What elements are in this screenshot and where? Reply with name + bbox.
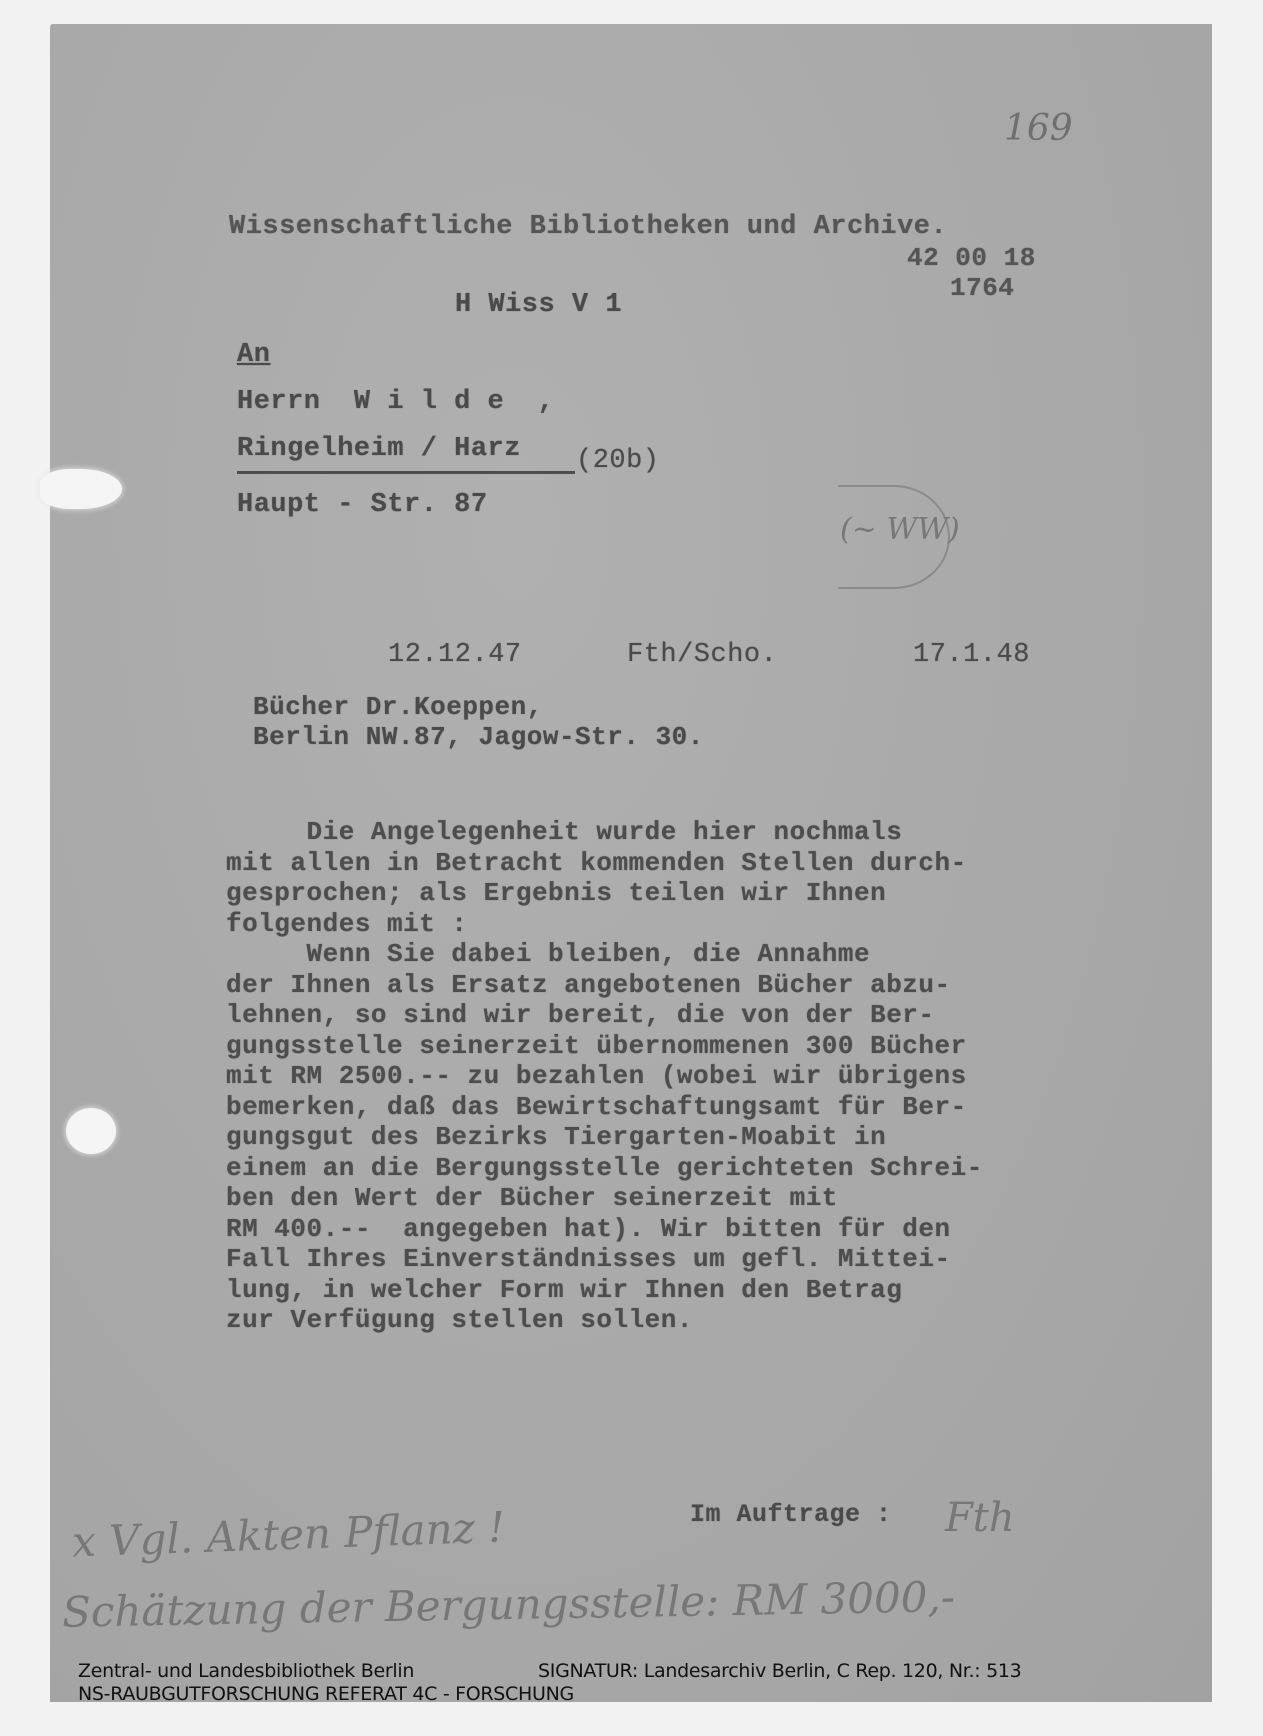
handwritten-margin-note: (~ WW) bbox=[840, 512, 960, 547]
file-reference-number: 42 00 18 bbox=[907, 243, 1036, 273]
body-line: gungsgut des Bezirks Tiergarten-Moabit i… bbox=[226, 1122, 983, 1153]
letter-body: Die Angelegenheit wurde hier nochmalsmit… bbox=[226, 817, 983, 1336]
recipient-postal-zone: (20b) bbox=[576, 446, 660, 476]
body-line: folgendes mit : bbox=[226, 909, 983, 940]
body-line: gesprochen; als Ergebnis teilen wir Ihne… bbox=[226, 878, 983, 909]
letter-date: 17.1.48 bbox=[913, 640, 1030, 670]
recipient-name: Herrn W i l d e , bbox=[237, 387, 554, 417]
body-line: bemerken, daß das Bewirtschaftungsamt fü… bbox=[226, 1092, 983, 1123]
body-line: mit RM 2500.-- zu bezahlen (wobei wir üb… bbox=[226, 1061, 983, 1092]
body-line: zur Verfügung stellen sollen. bbox=[226, 1305, 983, 1336]
body-line: mit allen in Betracht kommenden Stellen … bbox=[226, 848, 983, 879]
body-line: ben den Wert der Bücher seinerzeit mit bbox=[226, 1183, 983, 1214]
body-line: lehnen, so sind wir bereit, die von der … bbox=[226, 1000, 983, 1031]
body-line: RM 400.-- angegeben hat). Wir bitten für… bbox=[226, 1214, 983, 1245]
reference-initials: Fth/Scho. bbox=[627, 640, 777, 670]
punch-hole-top bbox=[40, 469, 122, 509]
body-line: Die Angelegenheit wurde hier nochmals bbox=[226, 817, 983, 848]
punch-hole-bottom bbox=[66, 1108, 116, 1154]
recipient-city: Ringelheim / Harz bbox=[237, 434, 521, 464]
handwritten-page-number: 169 bbox=[1004, 108, 1073, 149]
signature-initials: Fth bbox=[945, 1495, 1015, 1541]
recipient-prefix: An bbox=[237, 340, 270, 370]
body-line: Fall Ihres Einverständnisses um gefl. Mi… bbox=[226, 1244, 983, 1275]
department-code: H Wiss V 1 bbox=[455, 290, 622, 320]
header-organization: Wissenschaftliche Bibliotheken und Archi… bbox=[229, 212, 947, 242]
body-line: einem an die Bergungsstelle gerichteten … bbox=[226, 1153, 983, 1184]
footer-signature-ref: SIGNATUR: Landesarchiv Berlin, C Rep. 12… bbox=[538, 1660, 1021, 1682]
address-underline bbox=[237, 471, 575, 474]
footer-library: Zentral- und Landesbibliothek Berlin bbox=[78, 1660, 414, 1682]
closing-phrase: Im Auftrage : bbox=[690, 1500, 892, 1529]
body-line: Wenn Sie dabei bleiben, die Annahme bbox=[226, 939, 983, 970]
subject-line-1: Bücher Dr.Koeppen, bbox=[253, 692, 543, 722]
body-line: der Ihnen als Ersatz angebotenen Bücher … bbox=[226, 970, 983, 1001]
your-letter-date: 12.12.47 bbox=[388, 640, 522, 670]
recipient-street: Haupt - Str. 87 bbox=[237, 490, 488, 520]
file-reference-subnumber: 1764 bbox=[950, 273, 1014, 303]
footer-project: NS-RAUBGUTFORSCHUNG REFERAT 4C - FORSCHU… bbox=[78, 1683, 574, 1705]
body-line: lung, in welcher Form wir Ihnen den Betr… bbox=[226, 1275, 983, 1306]
body-line: gungsstelle seinerzeit übernommenen 300 … bbox=[226, 1031, 983, 1062]
subject-line-2: Berlin NW.87, Jagow-Str. 30. bbox=[253, 722, 704, 752]
